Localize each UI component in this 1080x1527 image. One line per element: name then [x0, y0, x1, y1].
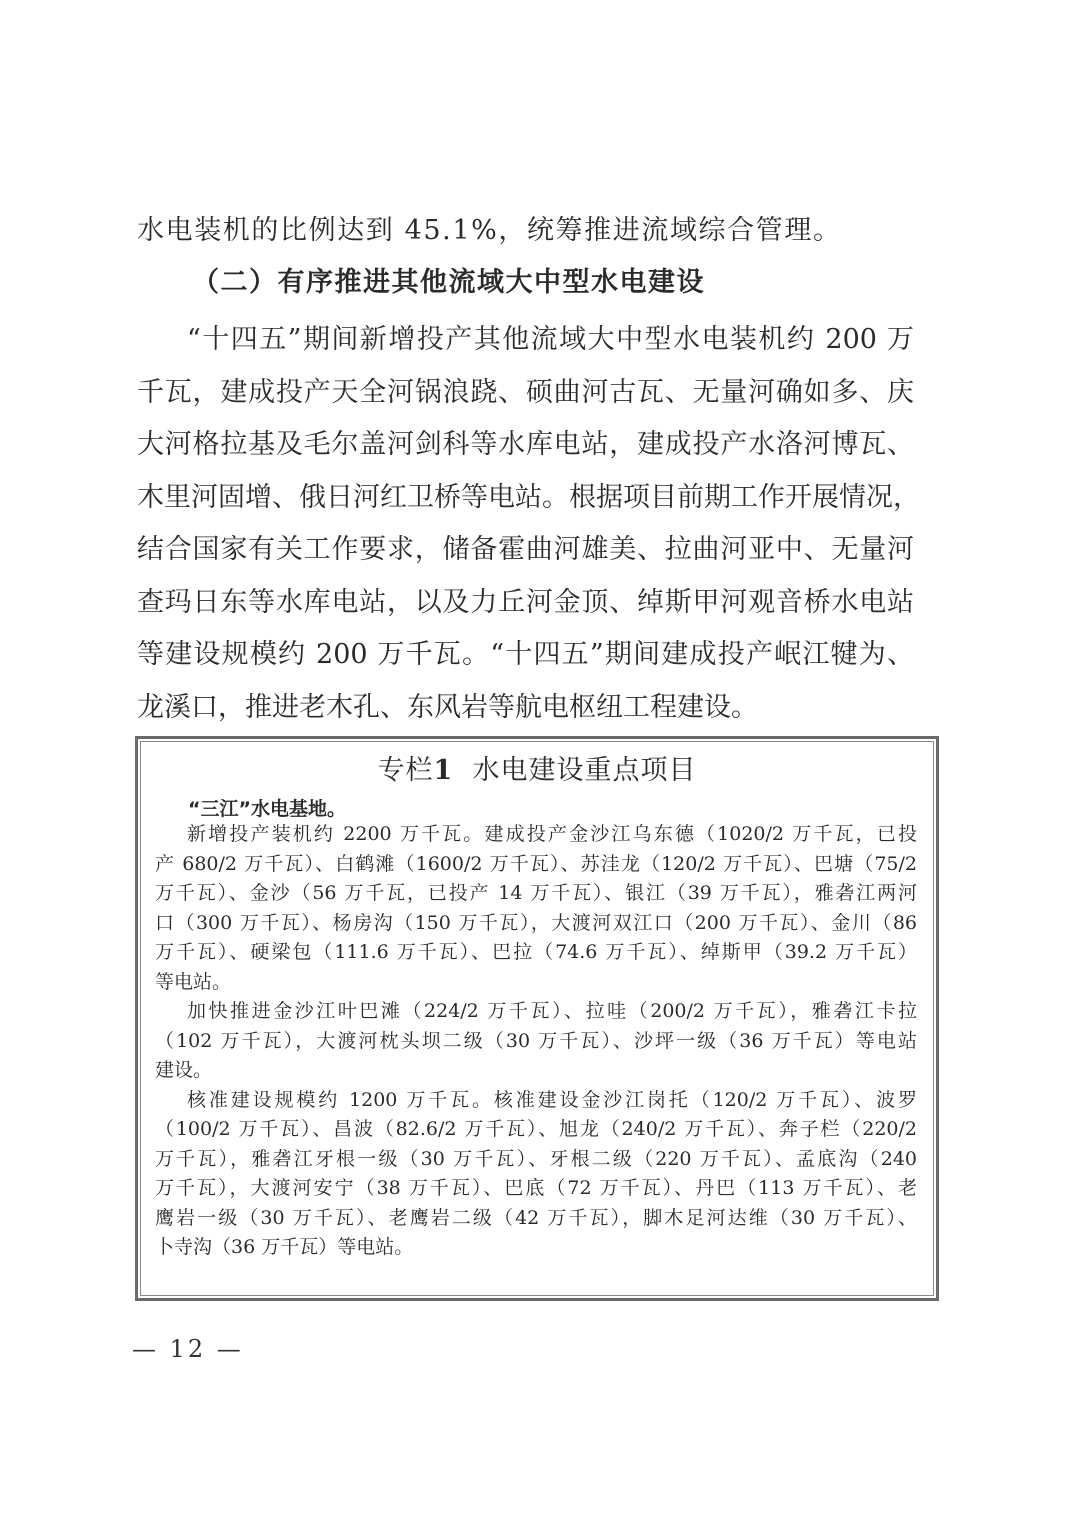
- paragraph-line: “十四五”期间新增投产其他流域大中型水电装机约 200 万: [137, 314, 914, 367]
- page-number: — 12 —: [132, 1335, 244, 1363]
- box-line: 建设。: [155, 1056, 917, 1086]
- continuation-line: 水电装机的比例达到 45.1%，统筹推进流域综合管理。: [137, 208, 842, 247]
- box-line: 万千瓦）、硬梁包（111.6 万千瓦）、巴拉（74.6 万千瓦）、绰斯甲（39.…: [155, 938, 917, 968]
- box-line: 新增投产装机约 2200 万千瓦。建成投产金沙江乌东德（1020/2 万千瓦，已…: [155, 820, 917, 850]
- box-line: 加快推进金沙江叶巴滩（224/2 万千瓦）、拉哇（200/2 万千瓦），雅砻江卡…: [155, 997, 917, 1027]
- box-line: （102 万千瓦），大渡河枕头坝二级（30 万千瓦）、沙坪一级（36 万千瓦）等…: [155, 1027, 917, 1057]
- box-line: 产 680/2 万千瓦）、白鹤滩（1600/2 万千瓦）、苏洼龙（120/2 万…: [155, 850, 917, 880]
- box-line: 万千瓦），大渡河安宁（38 万千瓦）、巴底（72 万千瓦）、丹巴（113 万千瓦…: [155, 1174, 917, 1204]
- paragraph-line: 木里河固增、俄日河红卫桥等电站。根据项目前期工作开展情况，: [137, 472, 914, 525]
- box-title-text: 水电建设重点项目: [472, 755, 696, 786]
- box-title-number: 1: [434, 755, 454, 786]
- box-line: （100/2 万千瓦）、昌波（82.6/2 万千瓦）、旭龙（240/2 万千瓦）…: [155, 1115, 917, 1145]
- paragraph-line: 结合国家有关工作要求，储备霍曲河雄美、拉曲河亚中、无量河: [137, 524, 914, 577]
- sidebar-box-inner: 专栏1 水电建设重点项目 “三江”水电基地。 新增投产装机约 2200 万千瓦。…: [140, 741, 934, 1296]
- box-line: 口（300 万千瓦）、杨房沟（150 万千瓦），大渡河双江口（200 万千瓦）、…: [155, 909, 917, 939]
- document-page: 水电装机的比例达到 45.1%，统筹推进流域综合管理。 （二）有序推进其他流域大…: [0, 0, 1080, 1527]
- paragraph-line: 大河格拉基及毛尔盖河剑科等水库电站，建成投产水洛河博瓦、: [137, 419, 914, 472]
- box-line: 核准建设规模约 1200 万千瓦。核准建设金沙江岗托（120/2 万千瓦）、波罗: [155, 1086, 917, 1116]
- section-heading: （二）有序推进其他流域大中型水电建设: [192, 260, 705, 299]
- paragraph-line: 查玛日东等水库电站，以及力丘河金顶、绰斯甲河观音桥水电站: [137, 577, 914, 630]
- sidebar-box: 专栏1 水电建设重点项目 “三江”水电基地。 新增投产装机约 2200 万千瓦。…: [135, 736, 939, 1301]
- box-body: 新增投产装机约 2200 万千瓦。建成投产金沙江乌东德（1020/2 万千瓦，已…: [155, 820, 917, 1263]
- box-line: 万千瓦）、金沙（56 万千瓦，已投产 14 万千瓦）、银江（39 万千瓦），雅砻…: [155, 879, 917, 909]
- box-line: 鹰岩一级（30 万千瓦）、老鹰岩二级（42 万千瓦），脚木足河达维（30 万千瓦…: [155, 1204, 917, 1234]
- box-line: 万千瓦），雅砻江牙根一级（30 万千瓦）、牙根二级（220 万千瓦）、孟底沟（2…: [155, 1145, 917, 1175]
- paragraph-line: 千瓦，建成投产天全河锅浪跷、硕曲河古瓦、无量河确如多、庆: [137, 367, 914, 420]
- box-line: 等电站。: [155, 968, 917, 998]
- box-subheading: “三江”水电基地。: [188, 794, 346, 821]
- paragraph-line: 龙溪口，推进老木孔、东风岩等航电枢纽工程建设。: [137, 682, 914, 735]
- box-line: 卜寺沟（36 万千瓦）等电站。: [155, 1233, 917, 1263]
- paragraph-line: 等建设规模约 200 万千瓦。“十四五”期间建成投产岷江犍为、: [137, 629, 914, 682]
- body-paragraph: “十四五”期间新增投产其他流域大中型水电装机约 200 万 千瓦，建成投产天全河…: [137, 314, 914, 734]
- box-title: 专栏1 水电建设重点项目: [141, 748, 933, 787]
- box-title-prefix: 专栏: [378, 755, 434, 786]
